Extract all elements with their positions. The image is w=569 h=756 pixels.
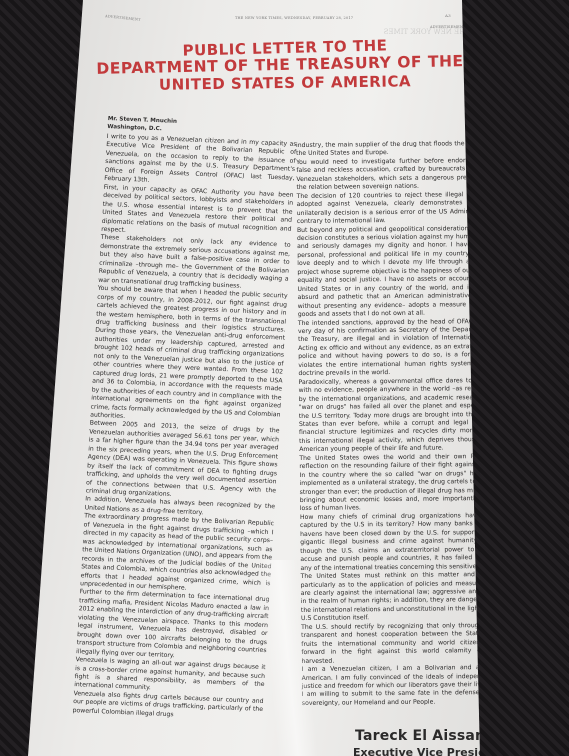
- paragraph: You should be aware that when I headed t…: [90, 285, 288, 428]
- advertisement-label-left: ADVERTISEMENT: [105, 14, 141, 22]
- paragraph: The decision of 120 countries to reject …: [297, 191, 497, 227]
- publication-line: THE NEW YORK TIMES, WEDNESDAY, FEBRUARY …: [235, 16, 353, 20]
- paragraph: The United States owes the world and the…: [299, 453, 500, 514]
- letter-column-right: industry, the main supplier of the drug …: [296, 140, 502, 708]
- letter-column-left: Mr. Steven T. Mnuchin Washington, D.C. I…: [72, 115, 297, 723]
- paragraph: The U.S. should rectify by recognizing t…: [301, 622, 501, 666]
- paragraph: Paradoxically, whereas a governmental of…: [298, 377, 499, 455]
- paragraph: I write to you as a Venezuelan citizen a…: [104, 133, 297, 192]
- signatory-title: Executive Vice President: [353, 746, 525, 756]
- paragraph: Further to the firm determination to fac…: [76, 589, 270, 664]
- paragraph: I am a Venezuelan citizen, I am a Boliva…: [301, 664, 501, 708]
- page-number: A3: [445, 13, 451, 18]
- paragraph: The United States must rethink on this m…: [301, 571, 502, 624]
- newspaper-page: ADVERTISEMENT THE NEW YORK TIMES, WEDNES…: [0, 0, 569, 756]
- signatory-name: Tareck El Aissami: [355, 728, 525, 744]
- paragraph: These stakeholders not only lack any evi…: [98, 234, 291, 293]
- paragraph: Between 2005 and 2013, the seize of drug…: [85, 420, 279, 504]
- paragraph: You would need to investigate further be…: [296, 157, 496, 193]
- paragraph: But beyond any political and geopolitica…: [297, 224, 498, 319]
- paragraph: The extraordinary progress made by the B…: [80, 513, 274, 597]
- signature-block: Tareck El Aissami Executive Vice Preside…: [355, 728, 525, 756]
- page-title: PUBLIC LETTER TO THE DEPARTMENT OF THE T…: [95, 40, 475, 92]
- paragraph: First, in your capacity as OFAC Authorit…: [101, 184, 294, 243]
- paragraph: How many chiefs of criminal drug organiz…: [300, 512, 501, 573]
- paragraph: The intended sanctions, approved by the …: [298, 317, 499, 378]
- paragraph: industry, the main supplier of the drug …: [296, 140, 496, 159]
